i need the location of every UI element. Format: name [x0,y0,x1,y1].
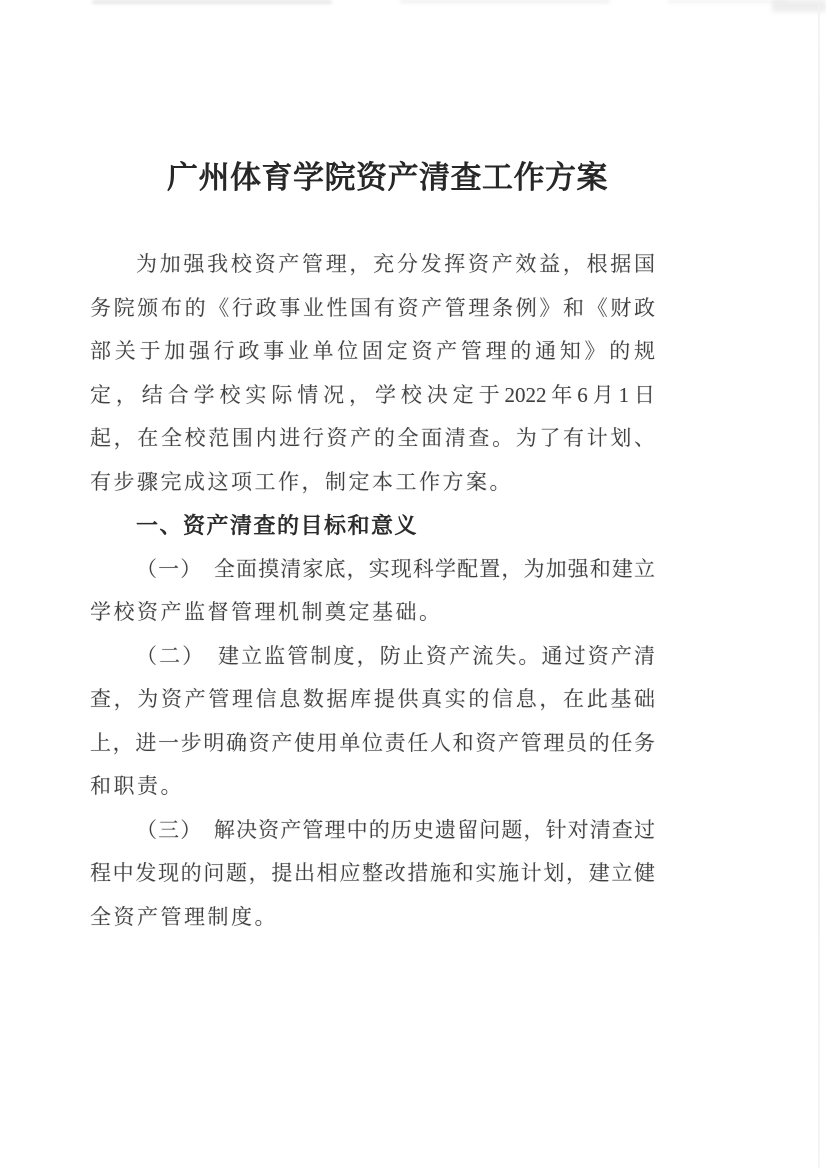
text-line: （三） 解决资产管理中的历史遗留问题，针对清查过 [90,809,655,853]
paragraph: （二） 建立监管制度，防止资产流失。通过资产清 查，为资产管理信息数据库提供真实… [90,635,655,809]
text-line: 程中发现的问题，提出相应整改措施和实施计划，建立健 [90,852,655,896]
text-line: 学校资产监督管理机制奠定基础。 [90,591,655,635]
text-line: 上，进一步明确资产使用单位责任人和资产管理员的任务 [90,722,655,766]
text-line: 部关于加强行政事业单位固定资产管理的通知》的规 [90,330,655,374]
scan-artifact-top-streak [400,0,610,3]
scan-artifact-top-streak [92,0,332,4]
text-line: 为加强我校资产管理，充分发挥资产效益，根据国 [90,243,655,287]
scan-artifact-page-edge [818,0,820,1168]
scan-artifact-corner-smudge [772,0,826,12]
scan-artifact-top-streak [668,0,788,3]
text-line: 有步骤完成这项工作，制定本工作方案。 [90,461,655,505]
text-line: 全资产管理制度。 [90,896,655,940]
text-line: 起，在全校范围内进行资产的全面清查。为了有计划、 [90,417,655,461]
text-line: 和职责。 [90,765,655,809]
paragraph: （一） 全面摸清家底，实现科学配置，为加强和建立 学校资产监督管理机制奠定基础。 [90,548,655,635]
text-line: 定，结合学校实际情况，学校决定于2022年6月1日 [90,374,655,418]
text-line: （一） 全面摸清家底，实现科学配置，为加强和建立 [90,548,655,592]
text-line: 务院颁布的《行政事业性国有资产管理条例》和《财政 [90,287,655,331]
paragraph: （三） 解决资产管理中的历史遗留问题，针对清查过 程中发现的问题，提出相应整改措… [90,809,655,940]
paragraph: 为加强我校资产管理，充分发挥资产效益，根据国 务院颁布的《行政事业性国有资产管理… [90,243,655,504]
section-heading: 一、资产清查的目标和意义 [90,504,655,548]
document-page: 广州体育学院资产清查工作方案 为加强我校资产管理，充分发挥资产效益，根据国 务院… [0,0,826,1168]
text-line: （二） 建立监管制度，防止资产流失。通过资产清 [90,635,655,679]
text-line: 查，为资产管理信息数据库提供真实的信息，在此基础 [90,678,655,722]
document-body: 为加强我校资产管理，充分发挥资产效益，根据国 务院颁布的《行政事业性国有资产管理… [90,243,655,939]
document-title: 广州体育学院资产清查工作方案 [105,158,670,198]
heading-line: 一、资产清查的目标和意义 [90,504,655,548]
